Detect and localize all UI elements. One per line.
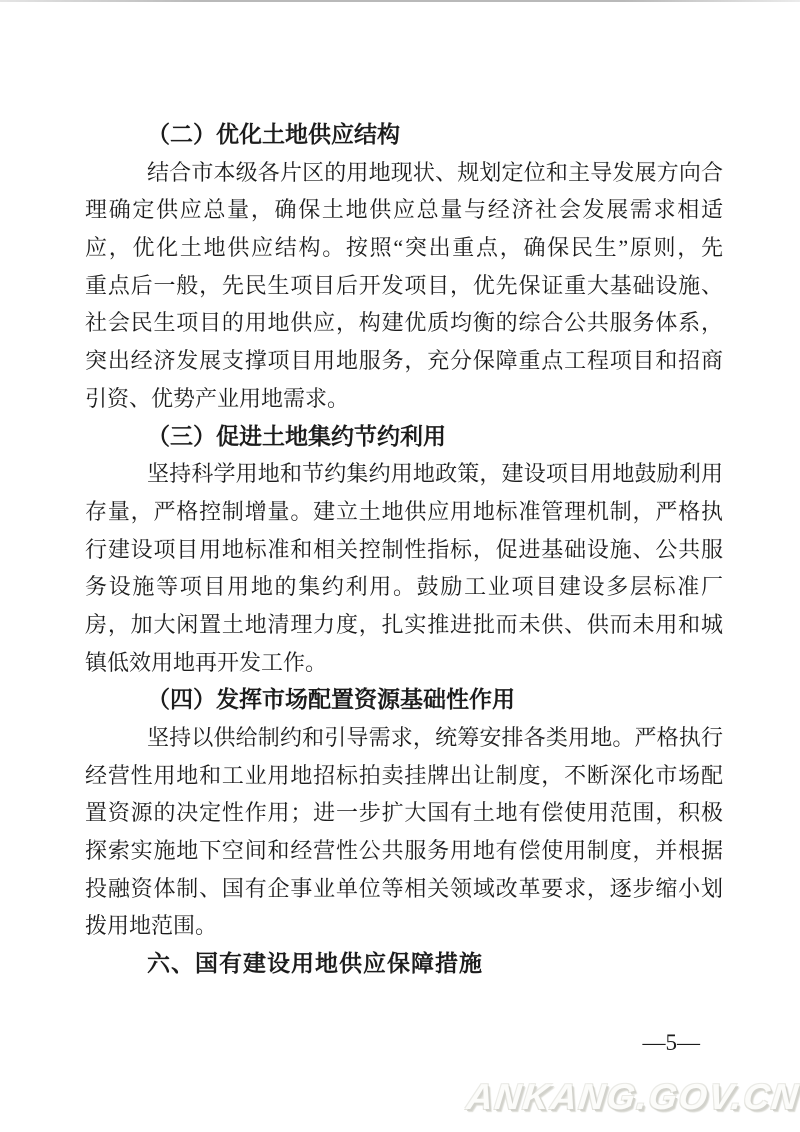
body-line: 探索实施地下空间和经营性公共服务用地有偿使用制度，并根据 <box>85 832 723 870</box>
body-line: 坚持以供给制约和引导需求，统筹安排各类用地。严格执行 <box>85 719 723 757</box>
scan-top-edge <box>0 0 800 2</box>
body-line: 置资源的决定性作用；进一步扩大国有土地有偿使用范围，积极 <box>85 794 723 832</box>
body-line: 存量，严格控制增量。建立土地供应用地标准管理机制，严格执 <box>85 493 723 531</box>
body-line: 坚持科学用地和节约集约用地政策，建设项目用地鼓励利用 <box>85 455 723 493</box>
body-line: 房，加大闲置土地清理力度，扎实推进批而未供、供而未用和城 <box>85 606 723 644</box>
body-line: 行建设项目用地标准和相关控制性指标，促进基础设施、公共服 <box>85 531 723 569</box>
page-number: —5— <box>643 1028 701 1058</box>
document-body: （二）优化土地供应结构 结合市本级各片区的用地现状、规划定位和主导发展方向合 理… <box>85 116 723 983</box>
section-heading-2: （二）优化土地供应结构 <box>85 116 723 154</box>
body-line: 重点后一般，先民生项目后开发项目，优先保证重大基础设施、 <box>85 267 723 305</box>
section-heading-4: （四）发挥市场配置资源基础性作用 <box>85 681 723 719</box>
document-page: （二）优化土地供应结构 结合市本级各片区的用地现状、规划定位和主导发展方向合 理… <box>0 0 800 1132</box>
body-line: 社会民生项目的用地供应，构建优质均衡的综合公共服务体系， <box>85 304 723 342</box>
body-line: 引资、优势产业用地需求。 <box>85 380 723 418</box>
section-heading-3: （三）促进土地集约节约利用 <box>85 418 723 456</box>
body-line: 镇低效用地再开发工作。 <box>85 644 723 682</box>
watermark: ANKANG.GOV.CN <box>465 1076 800 1118</box>
body-line: 理确定供应总量，确保土地供应总量与经济社会发展需求相适 <box>85 191 723 229</box>
body-line: 拨用地范围。 <box>85 907 723 945</box>
body-line: 结合市本级各片区的用地现状、规划定位和主导发展方向合 <box>85 154 723 192</box>
section-heading-6: 六、国有建设用地供应保障措施 <box>85 945 723 983</box>
body-line: 投融资体制、国有企事业单位等相关领域改革要求，逐步缩小划 <box>85 870 723 908</box>
body-line: 务设施等项目用地的集约利用。鼓励工业项目建设多层标准厂 <box>85 568 723 606</box>
body-line: 应，优化土地供应结构。按照“突出重点，确保民生”原则，先 <box>85 229 723 267</box>
body-line: 突出经济发展支撑项目用地服务，充分保障重点工程项目和招商 <box>85 342 723 380</box>
body-line: 经营性用地和工业用地招标拍卖挂牌出让制度，不断深化市场配 <box>85 757 723 795</box>
